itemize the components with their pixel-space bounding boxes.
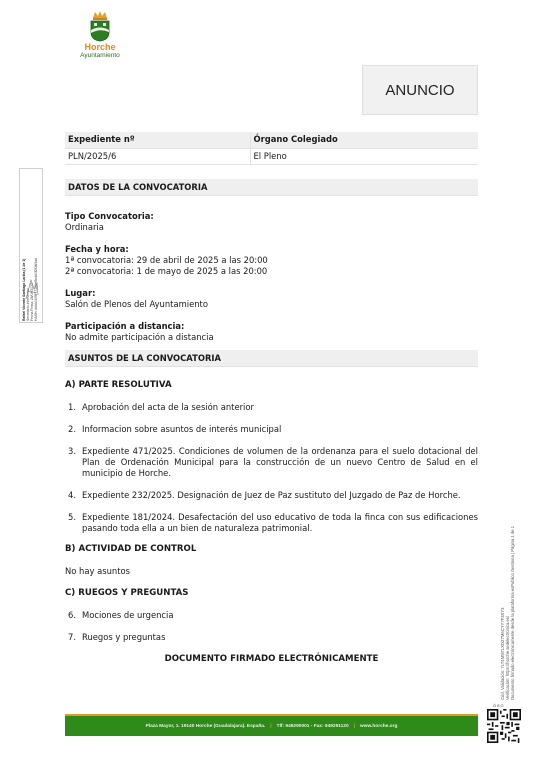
parte-b-text: No hay asuntos [65,566,478,577]
organo-header: Órgano Colegiado [250,132,478,148]
validation-stamp: Cód. Validación: 7LT4MM7LXDZ7M6CYY7F3XY3… [500,460,515,700]
asuntos-section-title: ASUNTOS DE LA CONVOCATORIA [65,350,478,367]
signature-icon [23,277,41,301]
agenda-item: 4.Expediente 232/2025. Designación de Ju… [65,490,478,501]
municipality-logo: Horche Ayuntamiento [72,10,128,62]
footer-separator: | [354,724,355,729]
footer-address: Plaza Mayor, 1. 19140 Horche (Guadalajar… [146,724,266,729]
footer-bar: Plaza Mayor, 1. 19140 Horche (Guadalajar… [65,714,478,736]
signature-stamp: Rafael Vicente Santiago Lariba (1 de 1) … [19,168,43,323]
signature-hash: HASH: bbbb04 f5f771d6ef9c4d0f2f0fd9ad [34,201,38,321]
datos-section-title: DATOS DE LA CONVOCATORIA [65,179,478,196]
fecha-segunda: 2ª convocatoria: 1 de mayo de 2025 a las… [65,266,478,277]
parte-b-title: B) ACTIVIDAD DE CONTROL [65,544,478,555]
lugar-value: Salón de Plenos del Ayuntamiento [65,299,478,310]
lugar-field: Lugar: Salón de Plenos del Ayuntamiento [65,288,478,310]
logo-name: Horche [72,43,128,52]
footer-web[interactable]: www.horche.org [360,724,397,729]
expediente-header: Expediente nº [65,132,250,148]
logo-subtitle: Ayuntamiento [72,52,128,59]
qr-label: Ó 8 G [493,703,504,708]
agenda-item: 7.Ruegos y preguntas [65,632,478,643]
coat-of-arms-icon [87,10,113,42]
organo-value: El Pleno [250,148,478,164]
qr-code-icon[interactable] [487,709,521,743]
signature-stamp-text: Rafael Vicente Santiago Lariba (1 de 1) … [22,201,38,321]
footer-phone: Tlf: 949290001 - Fax: 949291120 [277,724,349,729]
tipo-value: Ordinaria [65,222,478,233]
lugar-label: Lugar: [65,288,478,299]
agenda-item: 1.Aprobación del acta de la sesión anter… [65,402,478,413]
footer-separator: | [270,724,271,729]
document-type-box: ANUNCIO [362,65,478,115]
agenda-item: 5.Expediente 181/2024. Desafectación del… [65,512,478,534]
expediente-value: PLN/2025/6 [65,148,250,164]
fecha-field: Fecha y hora: 1ª convocatoria: 29 de abr… [65,244,478,277]
participacion-field: Participación a distancia: No admite par… [65,321,478,343]
agenda-item: 6.Mociones de urgencia [65,610,478,621]
parte-c-list: 6.Mociones de urgencia 7.Ruegos y pregun… [65,610,478,643]
participacion-value: No admite participación a distancia [65,332,478,343]
signed-notice: DOCUMENTO FIRMADO ELECTRÓNICAMENTE [65,654,478,665]
agenda-item: 2.Informacion sobre asuntos de interés m… [65,424,478,435]
tipo-field: Tipo Convocatoria: Ordinaria [65,211,478,233]
platform-notice: Documento firmado electrónicamente desde… [510,460,515,700]
parte-c-title: C) RUEGOS Y PREGUNTAS [65,588,478,599]
parte-a-list: 1.Aprobación del acta de la sesión anter… [65,402,478,534]
participacion-label: Participación a distancia: [65,321,478,332]
parte-a-title: A) PARTE RESOLUTIVA [65,380,478,391]
tipo-label: Tipo Convocatoria: [65,211,478,222]
agenda-item: 3.Expediente 471/2025. Condiciones de vo… [65,446,478,479]
expediente-table: Expediente nº Órgano Colegiado PLN/2025/… [65,132,478,165]
fecha-primera: 1ª convocatoria: 29 de abril de 2025 a l… [65,255,478,266]
document-body: Expediente nº Órgano Colegiado PLN/2025/… [65,132,478,665]
fecha-label: Fecha y hora: [65,244,478,255]
